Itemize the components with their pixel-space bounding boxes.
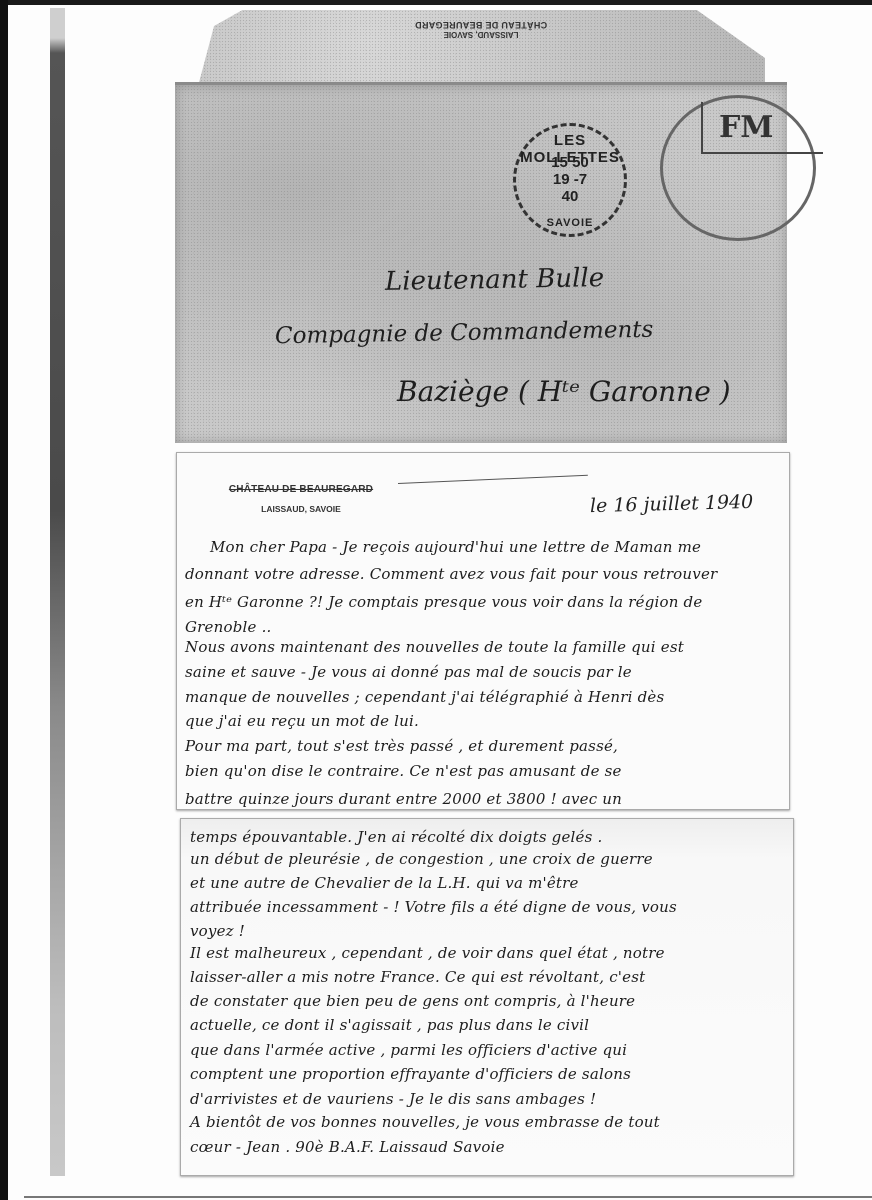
- scan-border-bottom: [24, 1196, 872, 1198]
- address-recipient: Lieutenant Bulle: [385, 263, 605, 297]
- handwritten-line: temps épouvantable. J'en ai récolté dix …: [190, 828, 602, 846]
- handwritten-line: battre quinze jours durant entre 2000 et…: [185, 790, 622, 808]
- handwritten-line: et une autre de Chevalier de la L.H. qui…: [190, 874, 579, 892]
- handwritten-line: A bientôt de vos bonnes nouvelles, je vo…: [190, 1113, 660, 1131]
- envelope-letterhead-name: CHÂTEAU DE BEAUREGARD: [197, 20, 765, 30]
- postmark-stamp: LES MOLLETTES 15 50 19 -7 40 SAVOIE: [513, 123, 627, 237]
- handwritten-line: de constater que bien peu de gens ont co…: [190, 992, 635, 1010]
- letterhead-name: CHÂTEAU DE BEAUREGARD: [216, 484, 386, 495]
- postmark-date: 19 -7: [516, 171, 624, 188]
- envelope-flap: LAISSAUD, SAVOIE CHÂTEAU DE BEAUREGARD: [197, 10, 765, 90]
- handwritten-line: en Hᵗᵉ Garonne ?! Je comptais presque vo…: [185, 593, 702, 611]
- handwritten-line: que dans l'armée active , parmi les offi…: [190, 1041, 627, 1059]
- postmark-department: SAVOIE: [516, 217, 624, 229]
- handwritten-line: Nous avons maintenant des nouvelles de t…: [185, 638, 684, 656]
- handwritten-line: actuelle, ce dont il s'agissait , pas pl…: [190, 1016, 589, 1034]
- handwritten-line: attribuée incessamment - ! Votre fils a …: [190, 898, 677, 916]
- envelope: LAISSAUD, SAVOIE CHÂTEAU DE BEAUREGARD L…: [175, 10, 787, 440]
- handwritten-line: Grenoble ..: [185, 618, 272, 636]
- handwritten-line: comptent une proportion effrayante d'off…: [190, 1065, 631, 1083]
- fm-label: FM: [719, 110, 774, 145]
- handwritten-line: Il est malheureux , cependant , de voir …: [190, 944, 665, 962]
- handwritten-line: un début de pleurésie , de congestion , …: [190, 850, 653, 868]
- handwritten-line: saine et sauve - Je vous ai donné pas ma…: [185, 663, 632, 681]
- postmark-year: 40: [516, 188, 624, 205]
- handwritten-line: voyez !: [190, 922, 245, 940]
- handwritten-line: que j'ai eu reçu un mot de lui.: [185, 712, 419, 730]
- scan-border-top: [0, 0, 872, 5]
- envelope-letterhead-place: LAISSAUD, SAVOIE: [197, 30, 765, 39]
- envelope-letterhead: LAISSAUD, SAVOIE CHÂTEAU DE BEAUREGARD: [197, 20, 765, 45]
- handwritten-line: d'arrivistes et de vauriens - Je le dis …: [190, 1090, 596, 1108]
- letter-date: le 16 juillet 1940: [590, 491, 754, 517]
- address-town: Baziège ( Hᵗᵉ Garonne ): [397, 375, 731, 408]
- handwritten-line: Pour ma part, tout s'est très passé , et…: [185, 737, 618, 755]
- handwritten-line: bien qu'on dise le contraire. Ce n'est p…: [185, 762, 622, 780]
- handwritten-line: manque de nouvelles ; cependant j'ai tél…: [185, 688, 664, 706]
- binding-strip: [50, 8, 65, 1176]
- handwritten-line: laisser-aller a mis notre France. Ce qui…: [190, 968, 645, 986]
- handwritten-line: Mon cher Papa - Je reçois aujourd'hui un…: [210, 538, 701, 556]
- letter-letterhead: CHÂTEAU DE BEAUREGARD LAISSAUD, SAVOIE: [216, 484, 386, 514]
- handwritten-line: cœur - Jean . 90è B.A.F. Laissaud Savoie: [190, 1138, 505, 1156]
- franchise-militaire-stamp: FM: [660, 95, 816, 241]
- handwritten-line: donnant votre adresse. Comment avez vous…: [185, 565, 717, 583]
- scan-border-left: [0, 0, 8, 1200]
- postmark-time: 15 50: [516, 154, 624, 171]
- letterhead-place: LAISSAUD, SAVOIE: [216, 504, 386, 514]
